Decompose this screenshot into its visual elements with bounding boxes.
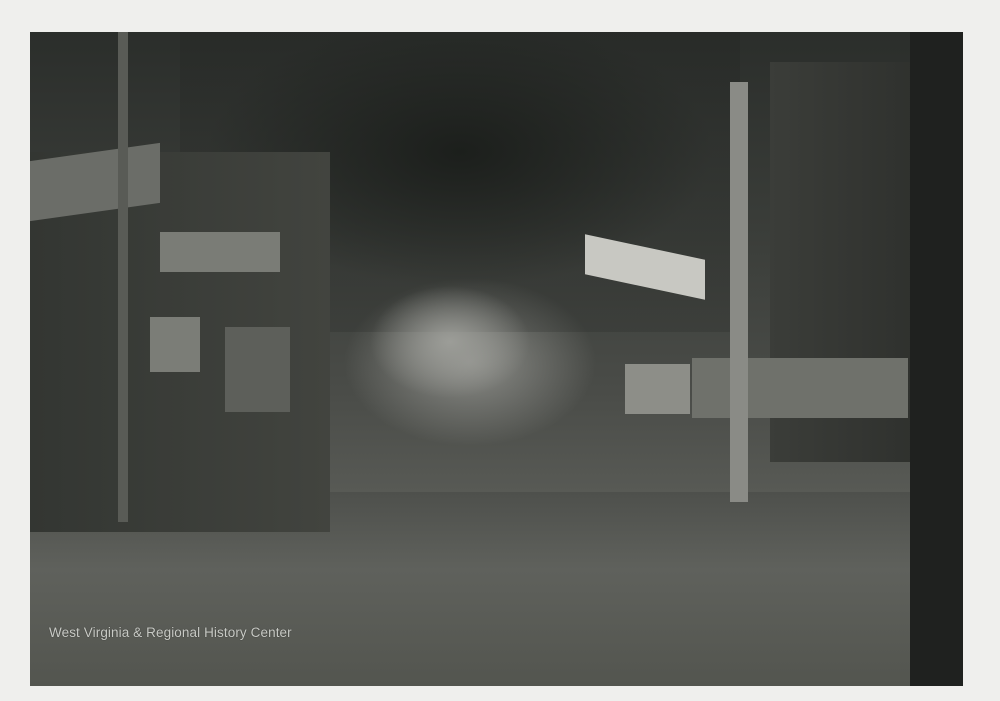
left-storefront	[150, 317, 200, 372]
dark-edge	[910, 32, 963, 686]
watermark-caption: West Virginia & Regional History Center	[49, 625, 292, 640]
long-shed-roof	[692, 358, 908, 418]
left-awning	[160, 232, 280, 272]
sky-opening	[350, 272, 550, 412]
left-storefront-2	[225, 327, 290, 412]
shed-roof	[625, 364, 690, 414]
historic-street-photograph	[30, 32, 963, 686]
utility-pole-left	[118, 32, 128, 522]
utility-pole-right	[730, 82, 748, 502]
